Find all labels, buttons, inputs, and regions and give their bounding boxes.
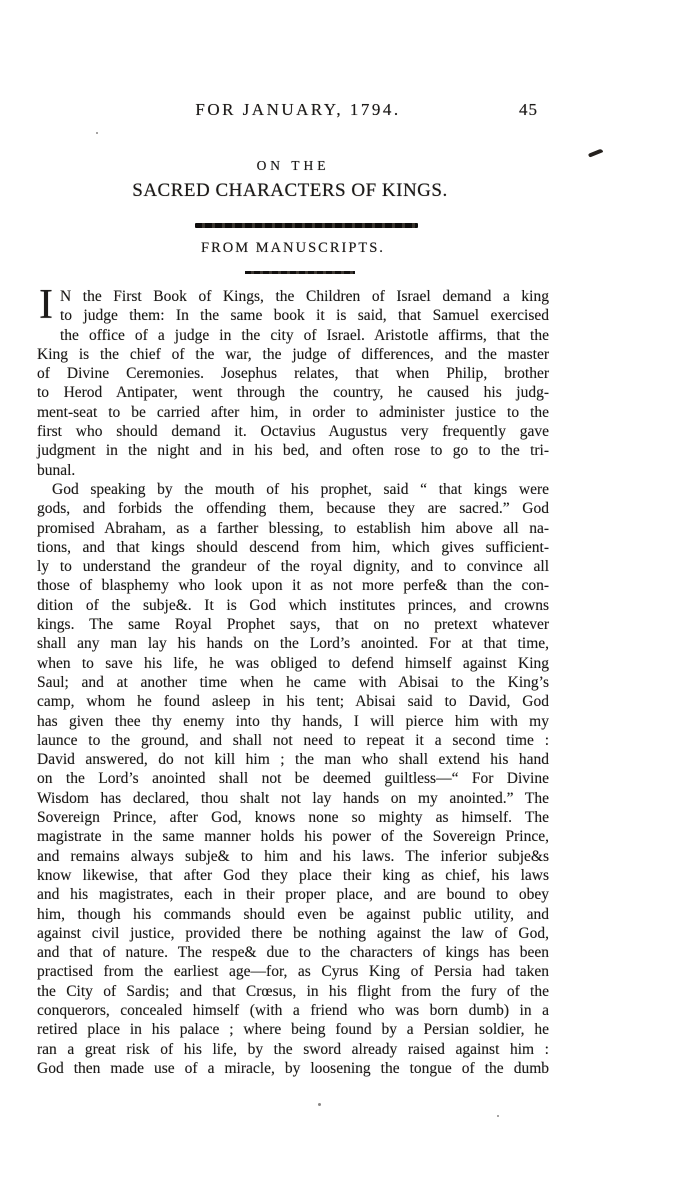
text-line: camp, whom he found asleep in his tent; … <box>37 692 549 711</box>
scan-speck <box>96 132 98 134</box>
text-line: practised from the earliest age—for, as … <box>37 962 549 981</box>
text-line: retired place in his palace ; where bein… <box>37 1020 549 1039</box>
text-line: and that of nature. The respe& due to th… <box>37 943 549 962</box>
ornamental-rule-thin <box>245 271 355 274</box>
paragraph: God speaking by the mouth of his prophet… <box>37 480 549 1078</box>
text-line: promised Abraham, as a farther blessing,… <box>37 519 549 538</box>
text-line: gods, and forbids the offending them, be… <box>37 499 549 518</box>
scan-speck <box>497 1115 499 1117</box>
running-header-issue: FOR JANUARY, 1794. <box>118 100 478 120</box>
text-line: ran a great risk of his life, by the swo… <box>37 1040 549 1059</box>
text-line: and his magistrates, each in their prope… <box>37 885 549 904</box>
text-line: ly to understand the grandeur of the roy… <box>37 557 549 576</box>
text-line: first who should demand it. Octavius Aug… <box>37 422 549 441</box>
text-line: N the First Book of Kings, the Children … <box>37 287 549 306</box>
text-line: to judge them: In the same book it is sa… <box>37 306 549 325</box>
text-line: launce to the ground, and shall not need… <box>37 731 549 750</box>
text-line: the City of Sardis; and that Crœsus, in … <box>37 982 549 1001</box>
ink-smudge-mark <box>588 148 603 157</box>
scanned-document-page: FOR JANUARY, 1794. 45 ON THE SACRED CHAR… <box>0 0 692 1188</box>
ornamental-rule-thick <box>195 223 418 228</box>
text-line: King is the chief of the war, the judge … <box>37 345 549 364</box>
text-line: those of blasphemy who look upon it as n… <box>37 576 549 595</box>
text-line: David answered, do not kill him ; the ma… <box>37 750 549 769</box>
article-title: SACRED CHARACTERS OF KINGS. <box>10 180 570 202</box>
article-kicker: ON THE <box>37 158 549 174</box>
text-line: conquerors, concealed himself (with a fr… <box>37 1001 549 1020</box>
text-line: on the Lord’s anointed shall not be deem… <box>37 769 549 788</box>
text-line: Saul; and at another time when he came w… <box>37 673 549 692</box>
text-line: judgment in the night and in his bed, an… <box>37 441 549 460</box>
text-line: know likewise, that after God they place… <box>37 866 549 885</box>
text-line: shall any man lay his hands on the Lord’… <box>37 634 549 653</box>
text-line: him, though his commands should even be … <box>37 905 549 924</box>
text-line: to Herod Antipater, went through the cou… <box>37 383 549 402</box>
text-line: of Divine Ceremonies. Josephus relates, … <box>37 364 549 383</box>
article-body: IN the First Book of Kings, the Children… <box>37 287 549 1078</box>
text-line: Sovereign Prince, after God, knows none … <box>37 808 549 827</box>
dropcap-letter: I <box>37 287 60 326</box>
text-line: has given thee thy enemy into thy hands,… <box>37 712 549 731</box>
text-line: when to save his life, he was obliged to… <box>37 654 549 673</box>
paragraph: IN the First Book of Kings, the Children… <box>37 287 549 480</box>
text-line: Wisdom has declared, thou shalt not lay … <box>37 789 549 808</box>
text-line: bunal. <box>37 461 549 480</box>
text-line: tions, and that kings should descend fro… <box>37 538 549 557</box>
page-number: 45 <box>519 100 538 120</box>
scan-speck <box>318 1103 321 1106</box>
text-line: dition of the subje&. It is God which in… <box>37 596 549 615</box>
article-source-line: FROM MANUSCRIPTS. <box>37 240 549 257</box>
text-line: and remains always subje& to him and his… <box>37 847 549 866</box>
text-line: against civil justice, provided there be… <box>37 924 549 943</box>
text-line: God then made use of a miracle, by loose… <box>37 1059 549 1078</box>
text-line: God speaking by the mouth of his prophet… <box>37 480 549 499</box>
text-line: magistrate in the same manner holds his … <box>37 827 549 846</box>
text-line: kings. The same Royal Prophet says, that… <box>37 615 549 634</box>
text-line: the office of a judge in the city of Isr… <box>37 326 549 345</box>
text-line: ment-seat to be carried after him, in or… <box>37 403 549 422</box>
